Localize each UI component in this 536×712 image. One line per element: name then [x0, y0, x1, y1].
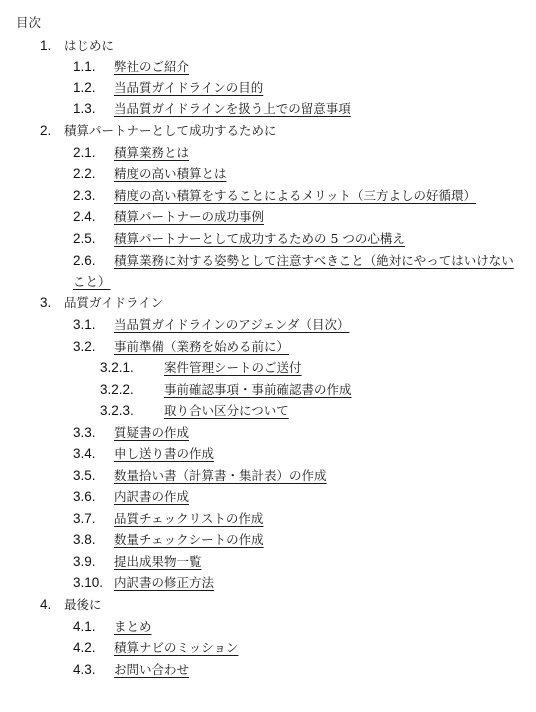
toc-number: 3.5.: [73, 465, 96, 486]
toc-link[interactable]: 当品質ガイドラインの目的: [114, 77, 263, 98]
toc-link[interactable]: 事前準備（業務を始める前に）: [114, 336, 289, 357]
toc-link[interactable]: 積算業務とは: [114, 142, 189, 163]
toc-number: 2.2.: [73, 163, 96, 184]
toc-number: 3.10.: [73, 572, 103, 593]
toc-link[interactable]: 申し送り書の作成: [114, 443, 214, 464]
toc-number: 1.1.: [73, 56, 96, 77]
toc-link[interactable]: 品質チェックリストの作成: [114, 508, 263, 529]
toc-number: 3.2.: [73, 336, 96, 357]
toc-link[interactable]: 積算ナビのミッション: [114, 637, 239, 658]
toc-link[interactable]: 弊社のご紹介: [114, 56, 189, 77]
toc-link-continued[interactable]: こと）: [73, 271, 111, 292]
toc-number: 2.4.: [73, 206, 96, 227]
toc-link[interactable]: お問い合わせ: [114, 659, 189, 680]
toc-link[interactable]: 積算パートナーとして成功するための 5 つの心構え: [114, 228, 405, 249]
toc-number: 2.6.: [73, 250, 96, 271]
toc-number: 3.6.: [73, 486, 96, 507]
toc-number: 3.2.1.: [100, 357, 134, 378]
toc-link[interactable]: 精度の高い積算をすることによるメリット（三方よしの好循環）: [114, 185, 476, 206]
toc-link[interactable]: 数量チェックシートの作成: [114, 529, 264, 550]
toc-number: 3.1.: [73, 314, 96, 335]
toc-number: 4.1.: [73, 616, 96, 637]
toc-link[interactable]: 事前確認事項・事前確認書の作成: [164, 379, 352, 400]
toc-link[interactable]: 案件管理シートのご送付: [164, 357, 302, 378]
toc-link[interactable]: 当品質ガイドラインのアジェンダ（目次）: [114, 314, 350, 335]
toc-number: 2.: [40, 120, 51, 141]
toc-number: 4.3.: [73, 659, 96, 680]
toc-heading: はじめに: [64, 35, 114, 56]
toc-link[interactable]: 積算業務に対する姿勢として注意すべきこと（絶対にやってはいけない: [114, 250, 514, 271]
toc-title: 目次: [16, 12, 41, 33]
toc-number: 3.: [40, 292, 51, 313]
toc-number: 4.2.: [73, 637, 96, 658]
toc-heading: 積算パートナーとして成功するために: [64, 120, 277, 141]
toc-number: 3.2.3.: [100, 400, 134, 421]
toc-heading: 品質ガイドライン: [64, 292, 163, 313]
toc-number: 4.: [40, 594, 51, 615]
toc-number: 3.2.2.: [100, 379, 134, 400]
toc-link[interactable]: 提出成果物一覧: [114, 551, 202, 572]
toc-number: 2.5.: [73, 228, 96, 249]
toc-number: 1.2.: [73, 77, 96, 98]
toc-number: 2.1.: [73, 142, 96, 163]
toc-number: 2.3.: [73, 185, 96, 206]
toc-number: 3.7.: [73, 508, 96, 529]
toc-number: 1.: [40, 35, 51, 56]
toc-link[interactable]: 内訳書の修正方法: [114, 572, 214, 593]
toc-link[interactable]: 質疑書の作成: [114, 422, 189, 443]
toc-link[interactable]: 内訳書の作成: [114, 486, 189, 507]
toc-link[interactable]: 取り合い区分について: [164, 400, 289, 421]
toc-link[interactable]: 当品質ガイドラインを扱う上での留意事項: [114, 98, 351, 119]
toc-number: 1.3.: [73, 98, 96, 119]
toc-heading: 最後に: [64, 594, 102, 615]
toc-link[interactable]: 積算パートナーの成功事例: [114, 206, 264, 227]
toc-number: 3.9.: [73, 551, 96, 572]
toc-number: 3.4.: [73, 443, 96, 464]
toc-link[interactable]: まとめ: [114, 616, 152, 637]
toc-link[interactable]: 数量拾い書（計算書・集計表）の作成: [114, 465, 327, 486]
toc-number: 3.8.: [73, 529, 96, 550]
toc-number: 3.3.: [73, 422, 96, 443]
toc-link[interactable]: 精度の高い積算とは: [114, 163, 227, 184]
